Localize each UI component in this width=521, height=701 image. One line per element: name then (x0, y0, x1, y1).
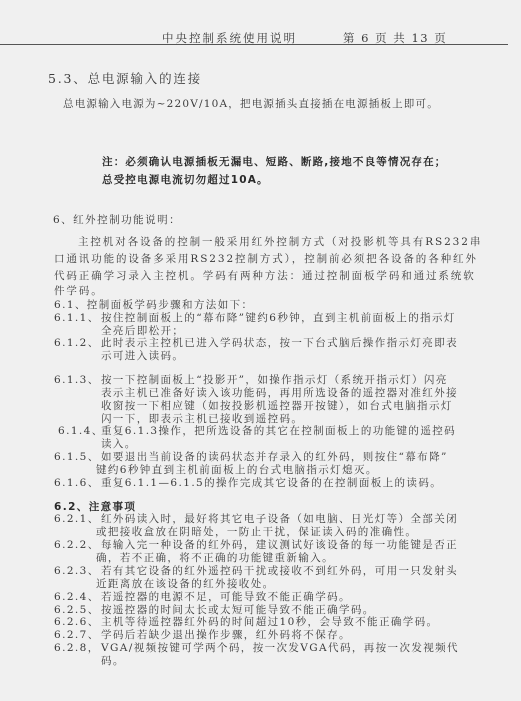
step-number: 6.1.5、 (54, 449, 100, 464)
item-text: VGA/视频按键可学两个码，按一次发VGA代码，再按一次发视频代 (101, 640, 459, 655)
step-number: 6.1.2、 (54, 335, 100, 350)
page-number: 第 6 页 共 13 页 (343, 30, 447, 46)
section-5-3-body: 总电源输入电源为~220V/10A，把电源插头直接插在电源插板上即可。 (63, 96, 439, 111)
intro-line-2: 口通讯功能的设备多采用RS232控制方式），控制前必须把各设备的各种红外 (54, 253, 478, 266)
step-text: 重复6.1.3操作，把所选设备的其它在控制面板上的功能键的遥控码 (101, 423, 456, 438)
step-text: 重复6.1.1—6.1.5的操作完成其它设备的在控制面板上的读码。 (101, 475, 442, 490)
item-number: 6.2.8， (54, 640, 100, 655)
note-line-1: 注：必须确认电源插板无漏电、短路、断路,接地不良等情况存在； (102, 154, 447, 169)
step-number: 6.1.1、 (54, 310, 100, 325)
item-number: 6.2.1、 (54, 511, 100, 526)
item-number: 6.2.3、 (54, 563, 100, 578)
intro-line-1: 主控机对各设备的控制一般采用红外控制方式（对投影机等具有RS232串 (78, 236, 482, 249)
step-number: 6.1.4、 (58, 423, 104, 438)
section-5-3-heading: 5.3、总电源输入的连接 (48, 69, 202, 87)
step-number: 6.1.6、 (54, 475, 100, 490)
step-number: 6.1.3、 (54, 372, 100, 387)
step-text: 示可进入读码。 (101, 348, 184, 363)
item-text: 码。 (101, 653, 125, 668)
note-line-2: 总受控电源电流切勿超过10A。 (102, 172, 269, 187)
document-title: 中央控制系统使用说明 (162, 30, 297, 46)
section-6-heading: 6、红外控制功能说明： (53, 212, 181, 227)
intro-line-3: 代码正确学习录入主控机。学码有两种方法：通过控制面板学码和通过系统软 (54, 270, 476, 283)
item-number: 6.2.2、 (54, 537, 100, 552)
